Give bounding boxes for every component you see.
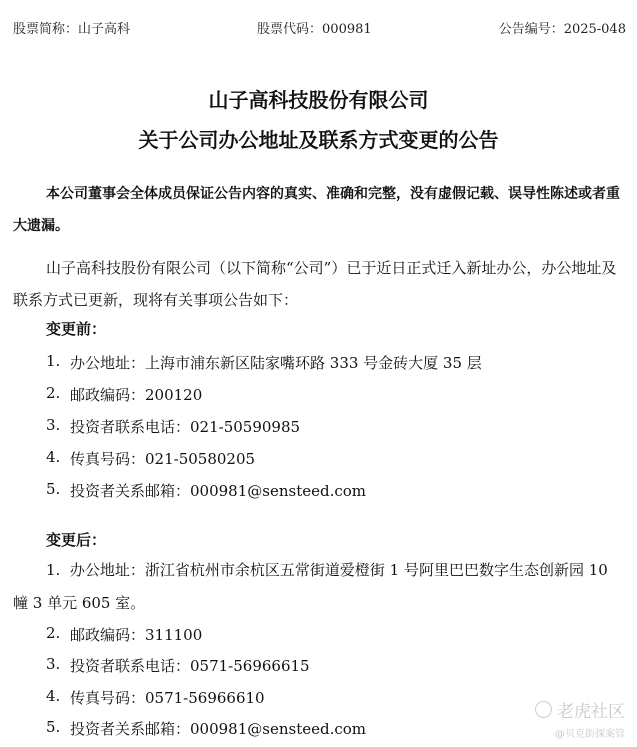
after-item-address: 1. 办公地址：浙江省杭州市余杭区五常街道爱橙街 1 号阿里巴巴数字生态创新园 … <box>13 554 625 620</box>
company-title: 山子高科技股份有限公司 <box>0 84 637 113</box>
after-item-phone: 3. 投资者联系电话：0571-56966615 <box>46 655 625 676</box>
before-item-postcode: 2. 邮政编码：200120 <box>46 384 625 405</box>
before-item-email: 5. 投资者关系邮箱：000981@sensteed.com <box>46 480 625 501</box>
stock-abbreviation: 股票简称：山子高科 <box>13 18 130 37</box>
tiger-logo-icon <box>535 701 552 718</box>
after-heading: 变更后： <box>46 529 106 550</box>
watermark-brand: 老虎社区 <box>557 697 625 722</box>
intro-paragraph: 山子高科技股份有限公司（以下简称“公司”）已于近日正式迁入新址办公，办公地址及联… <box>13 252 623 316</box>
before-heading: 变更前： <box>46 318 106 339</box>
watermark: 老虎社区 @贝克街探案管 <box>535 697 625 740</box>
before-item-phone: 3. 投资者联系电话：021-50590985 <box>46 416 625 437</box>
before-item-address: 1. 办公地址：上海市浦东新区陆家嘴环路 333 号金砖大厦 35 层 <box>46 352 625 373</box>
notice-subject: 关于公司办公地址及联系方式变更的公告 <box>0 124 637 153</box>
watermark-author: @贝克街探案管 <box>535 725 625 740</box>
notice-number: 公告编号：2025-048 <box>499 18 626 37</box>
after-item-postcode: 2. 邮政编码：311100 <box>46 624 625 645</box>
board-statement: 本公司董事会全体成员保证公告内容的真实、准确和完整，没有虚假记载、误导性陈述或者… <box>13 178 623 242</box>
stock-code: 股票代码：000981 <box>257 18 372 37</box>
document-header: 股票简称：山子高科 股票代码：000981 公告编号：2025-048 <box>13 18 626 37</box>
before-item-fax: 4. 传真号码：021-50580205 <box>46 448 625 469</box>
